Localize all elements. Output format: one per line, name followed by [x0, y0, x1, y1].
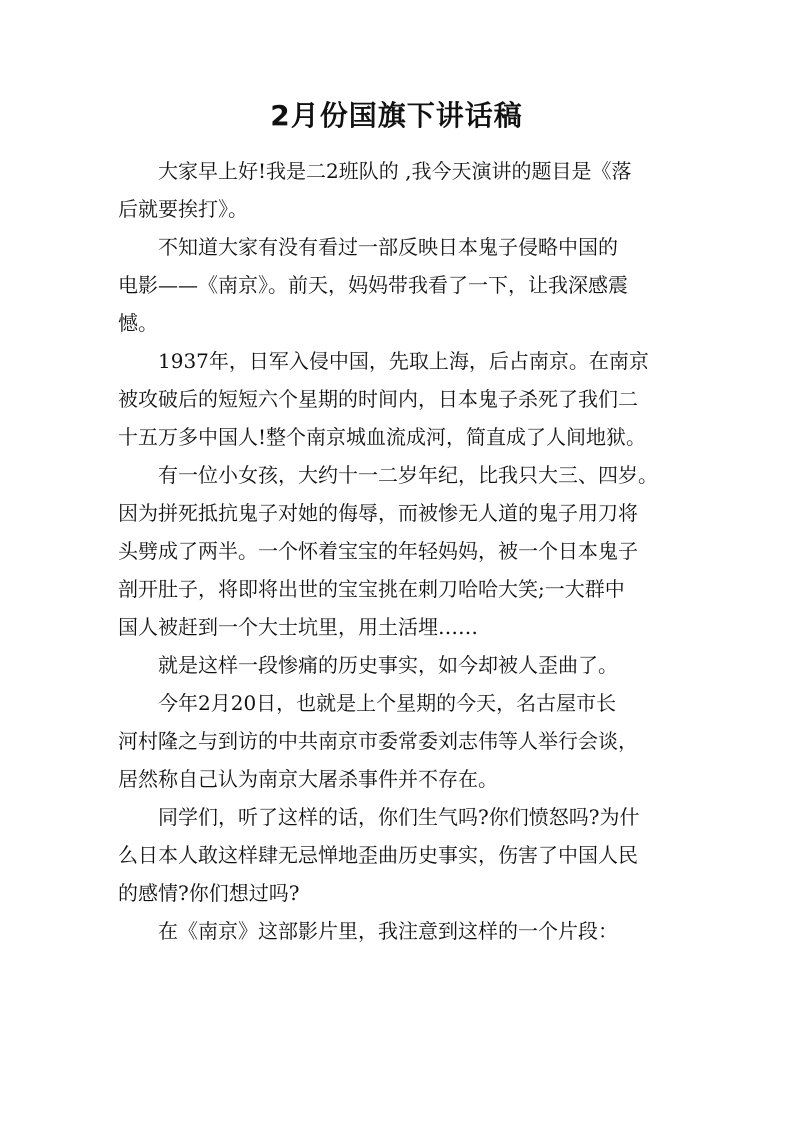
- paragraph: 不知道大家有没有看过一部反映日本鬼子侵略中国的电影——《南京》。前天，妈妈带我看…: [118, 228, 675, 342]
- text-line: 大家早上好!我是二2班队的 ,我今天演讲的题目是《落: [118, 152, 675, 190]
- text-line: 今年2月20日，也就是上个星期的今天，名古屋市长: [118, 684, 675, 722]
- text-line: 同学们，听了这样的话，你们生气吗?你们愤怒吗?为什: [118, 798, 675, 836]
- text-line: 后就要挨打》。: [118, 190, 675, 228]
- text-line: 剖开肚子，将即将出世的宝宝挑在刺刀哈哈大笑;一大群中: [118, 570, 675, 608]
- text-line: 就是这样一段惨痛的历史事实，如今却被人歪曲了。: [118, 646, 675, 684]
- text-line: 十五万多中国人!整个南京城血流成河，简直成了人间地狱。: [118, 418, 675, 456]
- text-line: 不知道大家有没有看过一部反映日本鬼子侵略中国的: [118, 228, 675, 266]
- text-line: 头劈成了两半。一个怀着宝宝的年轻妈妈，被一个日本鬼子: [118, 532, 675, 570]
- document-body: 大家早上好!我是二2班队的 ,我今天演讲的题目是《落后就要挨打》。不知道大家有没…: [118, 152, 675, 950]
- paragraph: 同学们，听了这样的话，你们生气吗?你们愤怒吗?为什么日本人敢这样肆无忌惮地歪曲历…: [118, 798, 675, 912]
- document-title: 2月份国旗下讲话稿: [118, 96, 675, 136]
- paragraph: 有一位小女孩，大约十一二岁年纪，比我只大三、四岁。因为拼死抵抗鬼子对她的侮辱，而…: [118, 456, 675, 646]
- text-line: 有一位小女孩，大约十一二岁年纪，比我只大三、四岁。: [118, 456, 675, 494]
- paragraph: 1937年，日军入侵中国，先取上海，后占南京。在南京被攻破后的短短六个星期的时间…: [118, 342, 675, 456]
- paragraph: 在《南京》这部影片里，我注意到这样的一个片段：: [118, 912, 675, 950]
- paragraph: 就是这样一段惨痛的历史事实，如今却被人歪曲了。: [118, 646, 675, 684]
- text-line: 电影——《南京》。前天，妈妈带我看了一下，让我深感震: [118, 266, 675, 304]
- text-line: 居然称自己认为南京大屠杀事件并不存在。: [118, 760, 675, 798]
- text-line: 因为拼死抵抗鬼子对她的侮辱，而被惨无人道的鬼子用刀将: [118, 494, 675, 532]
- paragraph: 今年2月20日，也就是上个星期的今天，名古屋市长河村隆之与到访的中共南京市委常委…: [118, 684, 675, 798]
- text-line: 被攻破后的短短六个星期的时间内，日本鬼子杀死了我们二: [118, 380, 675, 418]
- text-line: 么日本人敢这样肆无忌惮地歪曲历史事实，伤害了中国人民: [118, 836, 675, 874]
- paragraph: 大家早上好!我是二2班队的 ,我今天演讲的题目是《落后就要挨打》。: [118, 152, 675, 228]
- text-line: 1937年，日军入侵中国，先取上海，后占南京。在南京: [118, 342, 675, 380]
- text-line: 在《南京》这部影片里，我注意到这样的一个片段：: [118, 912, 675, 950]
- text-line: 河村隆之与到访的中共南京市委常委刘志伟等人举行会谈，: [118, 722, 675, 760]
- text-line: 的感情?你们想过吗?: [118, 874, 675, 912]
- text-line: 国人被赶到一个大士坑里，用土活埋……: [118, 608, 675, 646]
- text-line: 憾。: [118, 304, 675, 342]
